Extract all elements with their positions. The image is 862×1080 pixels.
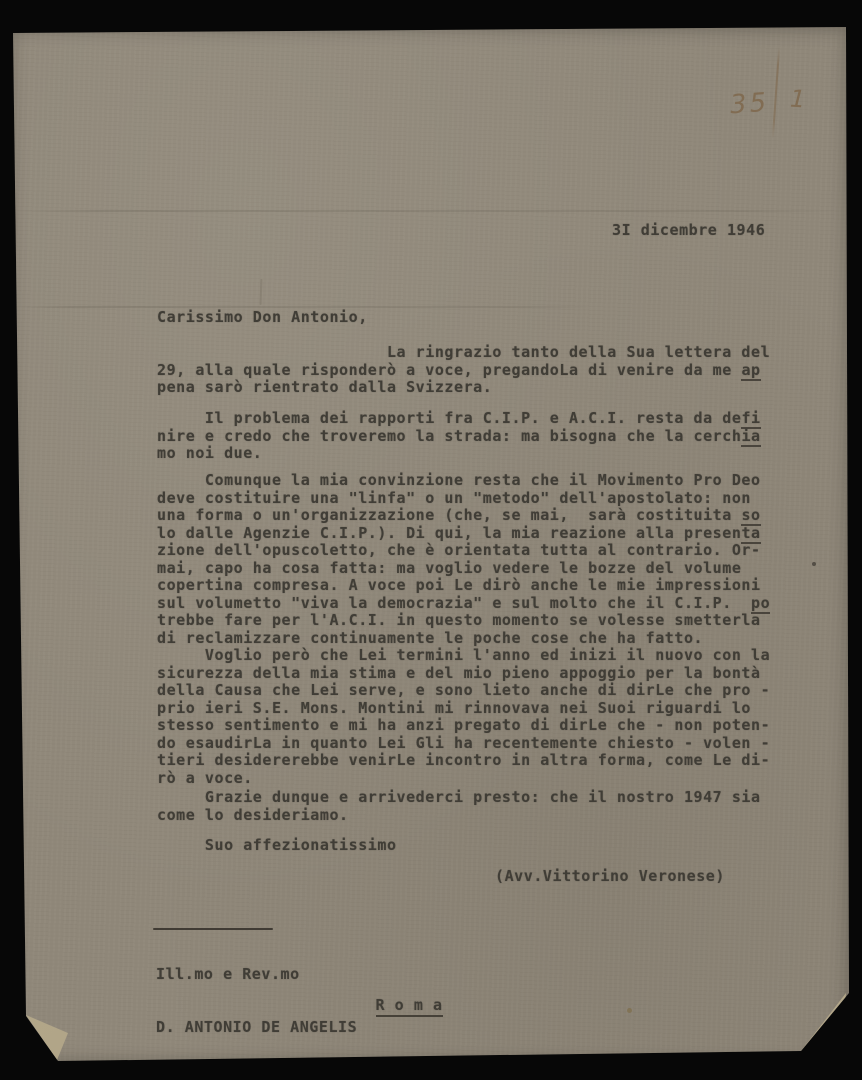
scanned-letter-page: 35 1 3I dicembre 1946 Carissimo Don Anto… (0, 0, 862, 1080)
typed-line: sul volumetto "viva la democrazia" e sul… (157, 595, 770, 613)
salutation: Carissimo Don Antonio, (157, 309, 368, 327)
typed-line: La ringrazio tanto della Sua lettera del (157, 344, 770, 362)
typed-line: prio ieri S.E. Mons. Montini mi rinnovav… (157, 700, 770, 718)
paragraph-2: Il problema dei rapporti fra C.I.P. e A.… (157, 410, 761, 463)
typed-line: lo dalle Agenzie C.I.P.). Di qui, la mia… (157, 525, 770, 543)
archival-number-left: 35 (729, 88, 770, 121)
typed-line: Comunque la mia convinzione resta che il… (157, 472, 770, 490)
typed-line: zione dell'opuscoletto, che è orientata … (157, 542, 770, 560)
typed-line: Grazie dunque e arrivederci presto: che … (157, 789, 761, 807)
date-line: 3I dicembre 1946 (612, 222, 765, 240)
paragraph-4: Voglio però che Lei termini l'anno ed in… (157, 647, 770, 787)
typed-line: do esaudirLa in quanto Lei Gli ha recent… (157, 735, 770, 753)
typed-line: Voglio però che Lei termini l'anno ed in… (157, 647, 770, 665)
paragraph-3: Comunque la mia convinzione resta che il… (157, 472, 770, 647)
closing-line: Suo affezionatissimo (157, 837, 397, 855)
archival-number-mark: 35 1 (728, 63, 818, 133)
typed-line: nire e credo che troveremo la strada: ma… (157, 428, 761, 446)
typed-signature: (Avv.Vittorino Veronese) (495, 868, 725, 886)
typed-line: deve costituire una "linfa" o un "metodo… (157, 490, 770, 508)
typed-line: sicurezza della mia stima e del mio pien… (157, 665, 770, 683)
typed-line: tieri desidererebbe venirLe incontro in … (157, 752, 770, 770)
typed-line: trebbe fare per l'A.C.I. in questo momen… (157, 612, 770, 630)
typed-line: mai, capo ha cosa fatta: ma voglio veder… (157, 560, 770, 578)
paper-stain (627, 1008, 632, 1013)
letter-paper: 35 1 3I dicembre 1946 Carissimo Don Anto… (10, 27, 852, 1063)
paragraph-5: Grazie dunque e arrivederci presto: che … (157, 789, 761, 824)
recipient-city: R o m a (318, 979, 443, 1032)
paragraph-1: La ringrazio tanto della Sua lettera del… (157, 344, 770, 397)
ink-speck (812, 562, 816, 566)
typed-line: rò a voce. (157, 770, 770, 788)
pencil-stroke (772, 47, 780, 139)
typed-line: una forma o un'organizzazione (che, se m… (157, 507, 770, 525)
recipient-city-text: R o m a (376, 996, 443, 1017)
paper-crease (14, 210, 846, 212)
typed-line: pena sarò rientrato dalla Svizzera. (157, 379, 770, 397)
typed-line: copertina compresa. A voce poi Le dirò a… (157, 577, 770, 595)
archival-number-right: 1 (789, 85, 806, 114)
typed-line: come lo desideriamo. (157, 807, 761, 825)
recipient-overline (153, 928, 273, 930)
typed-line: di reclamizzare continuamente le poche c… (157, 630, 770, 648)
faint-scratch (260, 279, 263, 305)
typed-line: Il problema dei rapporti fra C.I.P. e A.… (157, 410, 761, 428)
typed-line: 29, alla quale risponderò a voce, pregan… (157, 362, 770, 380)
typed-line: mo noi due. (157, 445, 761, 463)
typed-line: stesso sentimento e mi ha anzi pregato d… (157, 717, 770, 735)
typed-line: della Causa che Lei serve, e sono lieto … (157, 682, 770, 700)
